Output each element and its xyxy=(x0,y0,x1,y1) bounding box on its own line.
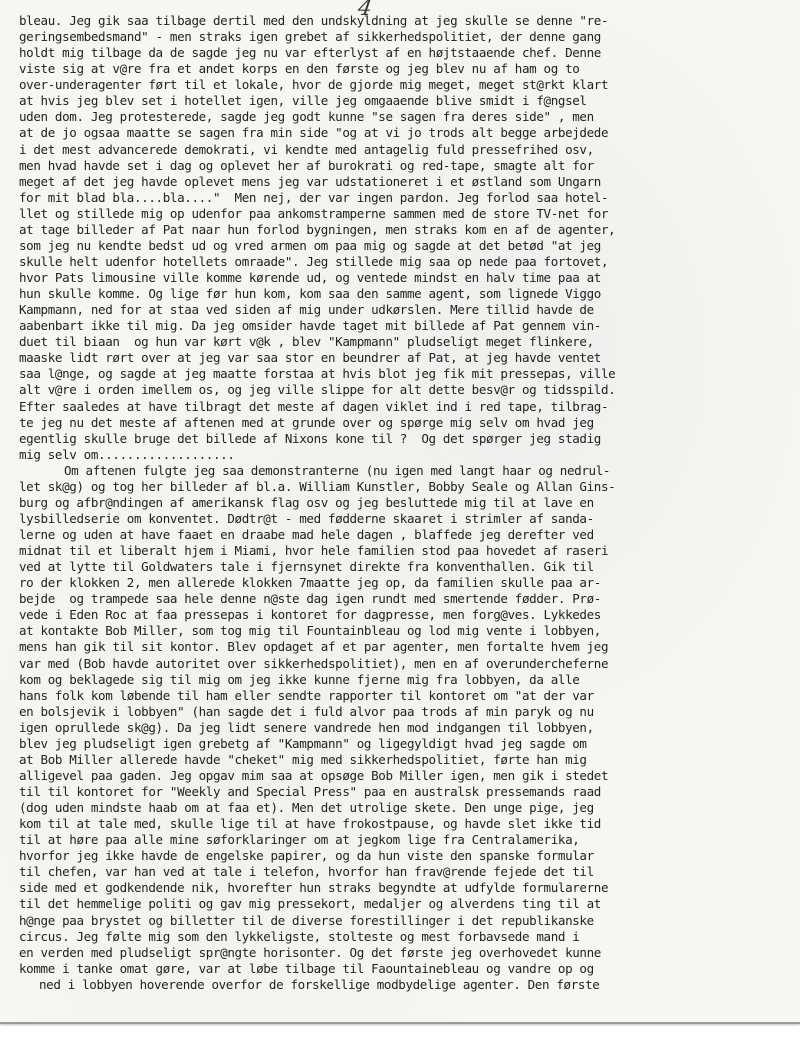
text-line: geringsembedsmand" - men straks igen gre… xyxy=(19,29,800,45)
text-line: en bolsjevik i lobbyen" (han sagde det i… xyxy=(19,704,800,720)
text-line: Om aftenen fulgte jeg saa demonstrantern… xyxy=(19,463,800,479)
text-line: let sk@g) og tog her billeder af bl.a. W… xyxy=(19,479,800,495)
text-line: var med (Bob havde autoritet over sikker… xyxy=(19,656,800,672)
text-line: over-underagenter ført til et lokale, hv… xyxy=(19,77,800,93)
text-line: blev jeg pludseligt igen grebetg af "Kam… xyxy=(19,736,800,752)
text-line: ro der klokken 2, men allerede klokken 7… xyxy=(19,575,800,591)
text-line: duet til biaan og hun var kørt v@k , ble… xyxy=(19,334,800,350)
text-line: mens han gik til sit kontor. Blev opdage… xyxy=(19,639,800,655)
text-line: til at høre paa alle mine søforklaringer… xyxy=(19,832,800,848)
text-line: komme i tanke omat gøre, var at løbe til… xyxy=(19,961,800,977)
text-line: maaske lidt rørt over at jeg var saa sto… xyxy=(19,350,800,366)
text-line: uden dom. Jeg protesterede, sagde jeg go… xyxy=(19,109,800,125)
text-line: til det hemmelige politi og gav mig pres… xyxy=(19,896,800,912)
text-line: aabenbart ikke til mig. Da jeg omsider h… xyxy=(19,318,800,334)
text-line: hvorfor jeg ikke havde de engelske papir… xyxy=(19,848,800,864)
text-line: Efter saaledes at have tilbragt det mest… xyxy=(19,399,800,415)
text-line: at tage billeder af Pat naar hun forlod … xyxy=(19,222,800,238)
text-line: meget af det jeg havde oplevet mens jeg … xyxy=(19,174,800,190)
text-line: hun skulle komme. Og lige før hun kom, k… xyxy=(19,286,800,302)
text-line: viste sig at v@re fra et andet korps en … xyxy=(19,61,800,77)
text-line: alt v@re i orden imellem os, og jeg vill… xyxy=(19,382,800,398)
text-line: igen oprullede sk@g). Da jeg lidt senere… xyxy=(19,720,800,736)
text-line: side med et godkendende nik, hvorefter h… xyxy=(19,880,800,896)
text-line: h@nge paa brystet og billetter til de di… xyxy=(19,913,800,929)
text-line: men hvad havde set i dag og oplevet her … xyxy=(19,158,800,174)
text-line: midnat til et liberalt hjem i Miami, hvo… xyxy=(19,543,800,559)
text-line: at de jo ogsaa maatte se sagen fra min s… xyxy=(19,125,800,141)
text-line: (dog uden mindste haab om at faa et). Me… xyxy=(19,800,800,816)
text-line: at kontakte Bob Miller, som tog mig til … xyxy=(19,623,800,639)
text-line: te jeg nu det meste af aftenen med at gr… xyxy=(19,415,800,431)
text-line: lerne og uden at have faaet en draabe ma… xyxy=(19,527,800,543)
text-line: vede i Eden Roc at faa pressepas i konto… xyxy=(19,607,800,623)
text-line: hans folk kom løbende til ham eller send… xyxy=(19,688,800,704)
text-line: kom og beklagede sig til mig om jeg ikke… xyxy=(19,672,800,688)
typewritten-text-block: bleau. Jeg gik saa tilbage dertil med de… xyxy=(19,13,800,993)
text-line: at hvis jeg blev set i hotellet igen, vi… xyxy=(19,93,800,109)
text-line: llet og stillede mig op udenfor paa anko… xyxy=(19,206,800,222)
text-line: i det mest advancerede demokrati, vi ken… xyxy=(19,142,800,158)
text-line: at Bob Miller allerede havde "cheket" mi… xyxy=(19,752,800,768)
text-line: lysbilledserie om konventet. Dødtr@t - m… xyxy=(19,511,800,527)
text-line: ned i lobbyen hoverende overfor de forsk… xyxy=(19,977,800,993)
text-line: saa l@nge, og sagde at jeg maatte forsta… xyxy=(19,366,800,382)
text-line: egentlig skulle bruge det billede af Nix… xyxy=(19,431,800,447)
text-line: bejde og trampede saa hele denne n@ste d… xyxy=(19,591,800,607)
text-line: kom til at tale med, skulle lige til at … xyxy=(19,816,800,832)
text-line: en verden med pludseligt spr@ngte horiso… xyxy=(19,945,800,961)
text-line: ved at lytte til Goldwaters tale i fjern… xyxy=(19,559,800,575)
text-line: burg og afbr@ndingen af amerikansk flag … xyxy=(19,495,800,511)
text-line: skulle helt udenfor hotellets omraade". … xyxy=(19,254,800,270)
text-line: til til kontoret for "Weekly and Special… xyxy=(19,784,800,800)
text-line: for mit blad bla....bla...." Men nej, de… xyxy=(19,190,800,206)
text-line: til chefen, var han ved at tale i telefo… xyxy=(19,864,800,880)
text-line: bleau. Jeg gik saa tilbage dertil med de… xyxy=(19,13,800,29)
typewritten-page: 4 bleau. Jeg gik saa tilbage dertil med … xyxy=(0,0,800,1024)
text-line: Kampmann, ned for at staa ved siden af m… xyxy=(19,302,800,318)
text-line: circus. Jeg følte mig som den lykkeligst… xyxy=(19,929,800,945)
text-line: hvor Pats limousine ville komme kørende … xyxy=(19,270,800,286)
text-line: som jeg nu kendte bedst ud og vred armen… xyxy=(19,238,800,254)
text-line: holdt mig tilbage da de sagde jeg nu var… xyxy=(19,45,800,61)
text-line: alligevel paa gaden. Jeg opgav mim saa a… xyxy=(19,768,800,784)
text-line: mig selv om................... xyxy=(19,447,800,463)
